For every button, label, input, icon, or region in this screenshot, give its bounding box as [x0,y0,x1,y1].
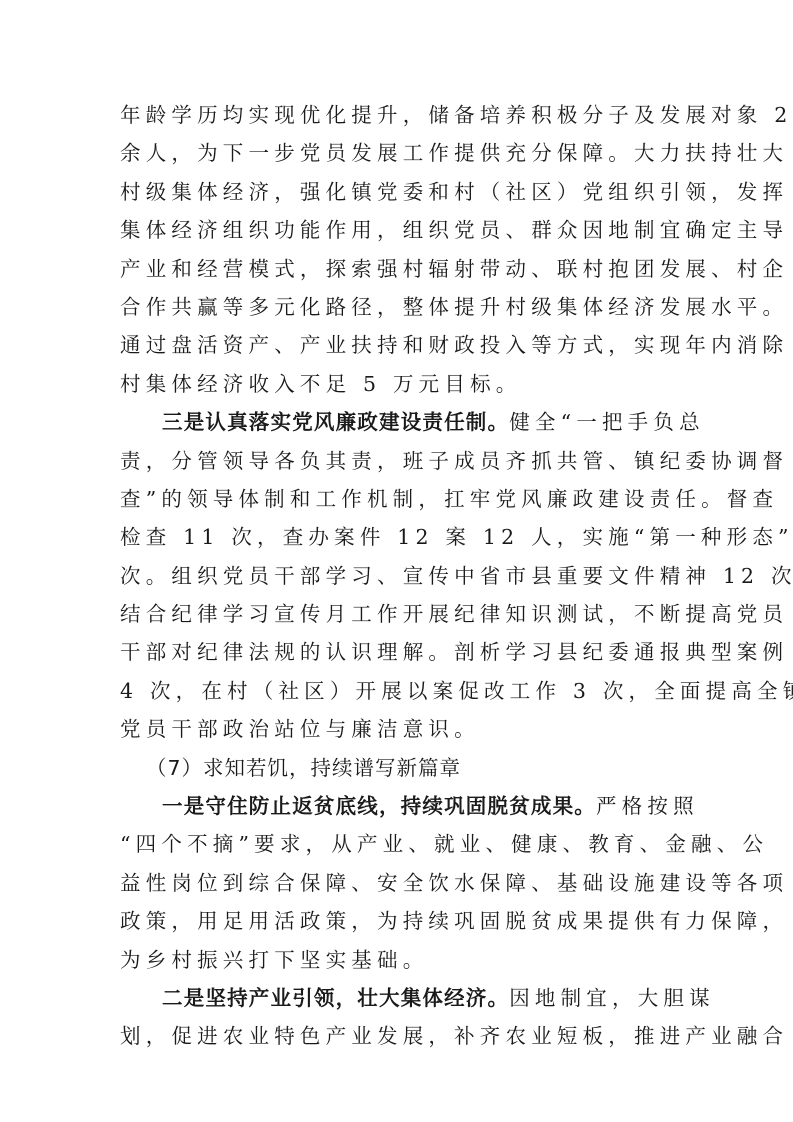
document-page: 年龄学历均实现优化提升，储备培养积极分子及发展对象 20 余人，为下一步党员发展… [120,96,673,1056]
paragraph-poverty-consolidation: 一是守住防止返贫底线，持续巩固脱贫成果。严格按照 “四个不摘”要求，从产业、就业… [120,787,673,979]
text-line: 产业和经营模式，探索强村辐射带动、联村抱团发展、村企 [120,250,673,288]
paragraph-industry-leading: 二是坚持产业引领，壮大集体经济。因地制宜，大胆谋 划，促进农业特色产业发展，补齐… [120,979,673,1056]
paragraph-lead-heading: 二是坚持产业引领，壮大集体经济。 [162,986,509,1010]
text-line: 村集体经济收入不足 5 万元目标。 [120,365,673,403]
section-heading: （7）求知若饥，持续谱写新篇章 [120,749,673,787]
paragraph-lead-heading: 一是守住防止返贫底线，持续巩固脱贫成果。 [162,794,596,818]
text-line: 次。组织党员干部学习、宣传中省市县重要文件精神 12 次， [120,557,673,595]
text-line: 4 次，在村（社区）开展以案促改工作 3 次，全面提高全镇 [120,672,673,710]
text-line: 益性岗位到综合保障、安全饮水保障、基础设施建设等各项 [120,864,673,902]
text-line: 二是坚持产业引领，壮大集体经济。因地制宜，大胆谋 [120,979,673,1017]
text-line: 划，促进农业特色产业发展，补齐农业短板，推进产业融合 [120,1017,673,1055]
paragraph-village-economy: 年龄学历均实现优化提升，储备培养积极分子及发展对象 20 余人，为下一步党员发展… [120,96,673,403]
text-line: 为乡村振兴打下坚实基础。 [120,941,673,979]
text-run: 健全“一把手负总 [509,410,705,434]
text-line: 通过盘活资产、产业扶持和财政投入等方式，实现年内消除 [120,326,673,364]
text-run: 严格按照 [596,794,699,818]
text-line: 政策，用足用活政策，为持续巩固脱贫成果提供有力保障， [120,902,673,940]
text-line: 村级集体经济，强化镇党委和村（社区）党组织引领，发挥 [120,173,673,211]
text-line: 查”的领导体制和工作机制，扛牢党风廉政建设责任。督查 [120,480,673,518]
paragraph-anti-corruption: 三是认真落实党风廉政建设责任制。健全“一把手负总 责，分管领导各负其责，班子成员… [120,403,673,749]
text-line: 三是认真落实党风廉政建设责任制。健全“一把手负总 [120,403,673,441]
text-line: 干部对纪律法规的认识理解。剖析学习县纪委通报典型案例 [120,633,673,671]
text-line: 一是守住防止返贫底线，持续巩固脱贫成果。严格按照 [120,787,673,825]
text-line: 集体经济组织功能作用，组织党员、群众因地制宜确定主导 [120,211,673,249]
text-line: 结合纪律学习宣传月工作开展纪律知识测试，不断提高党员 [120,595,673,633]
text-line: 年龄学历均实现优化提升，储备培养积极分子及发展对象 20 [120,96,673,134]
text-line: 党员干部政治站位与廉洁意识。 [120,710,673,748]
text-line: 检查 11 次，查办案件 12 案 12 人，实施“第一种形态”15 [120,518,673,556]
text-line: “四个不摘”要求，从产业、就业、健康、教育、金融、公 [120,825,673,863]
text-line: 余人，为下一步党员发展工作提供充分保障。大力扶持壮大 [120,134,673,172]
text-run: 因地制宜，大胆谋 [509,986,715,1010]
paragraph-lead-heading: 三是认真落实党风廉政建设责任制。 [162,410,509,434]
text-line: 合作共赢等多元化路径，整体提升村级集体经济发展水平。 [120,288,673,326]
text-line: 责，分管领导各负其责，班子成员齐抓共管、镇纪委协调督 [120,442,673,480]
